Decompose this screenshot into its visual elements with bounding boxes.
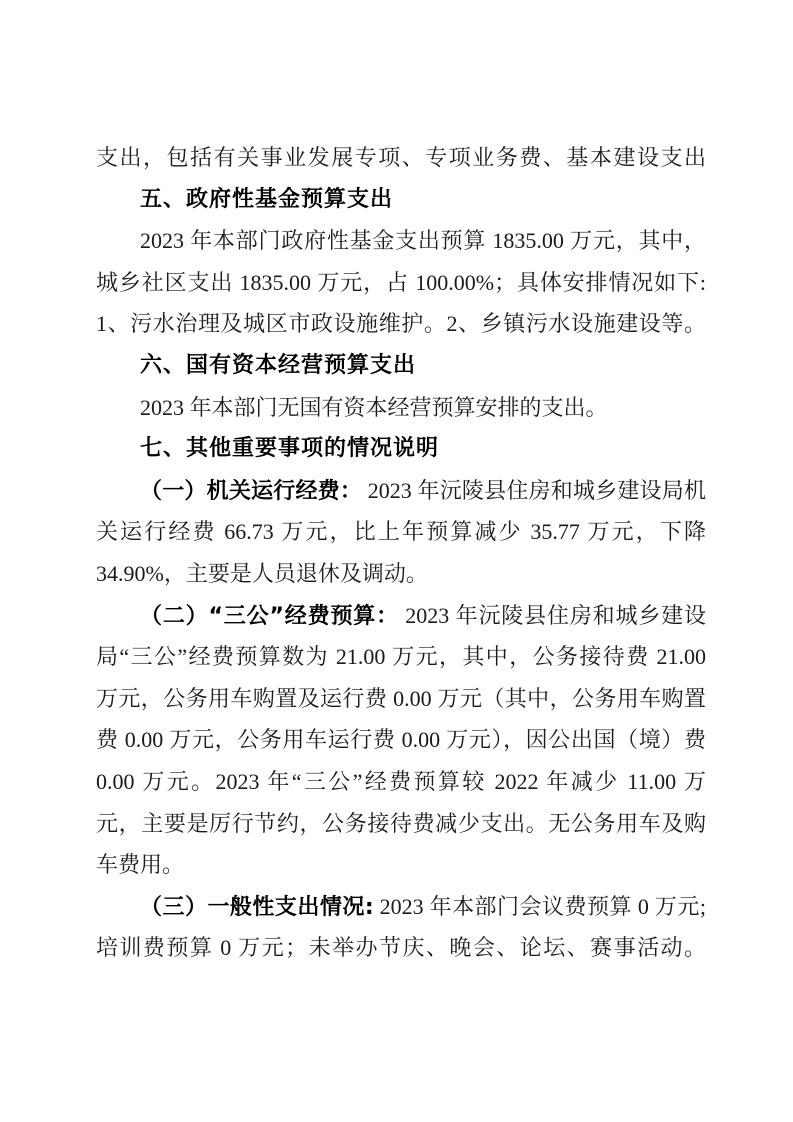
paragraph-line-general-expenditure: （三）一般性支出情况: 2023 年本部门会议费预算 0 万元; bbox=[96, 886, 706, 928]
paragraph-text: 2023 年沅陵县住房和城乡建设 bbox=[405, 603, 706, 628]
paragraph-line: 2023 年本部门政府性基金支出预算 1835.00 万元，其中， bbox=[96, 220, 706, 262]
paragraph-text: 2023 年本部门会议费预算 0 万元; bbox=[380, 894, 706, 919]
paragraph-line: 0.00 万元。2023 年“三公”经费预算较 2022 年减少 11.00 万 bbox=[96, 761, 706, 803]
document-body: 支出，包括有关事业发展专项、专项业务费、基本建设支出等。 五、政府性基金预算支出… bbox=[96, 137, 706, 969]
paragraph-line: 局“三公”经费预算数为 21.00 万元，其中，公务接待费 21.00 bbox=[96, 636, 706, 678]
paragraph-line: 关运行经费 66.73 万元，比上年预算减少 35.77 万元，下降 bbox=[96, 511, 706, 553]
document-page: 支出，包括有关事业发展专项、专项业务费、基本建设支出等。 五、政府性基金预算支出… bbox=[0, 0, 793, 1122]
paragraph-line: 2023 年本部门无国有资本经营预算安排的支出。 bbox=[96, 387, 706, 429]
paragraph-line-agency-operating-costs: （一）机关运行经费： 2023 年沅陵县住房和城乡建设局机 bbox=[96, 470, 706, 512]
heading-section-seven-other-important-items: 七、其他重要事项的情况说明 bbox=[96, 428, 706, 470]
heading-section-six-state-capital-budget: 六、国有资本经营预算支出 bbox=[96, 345, 706, 387]
heading-section-five-government-fund-budget: 五、政府性基金预算支出 bbox=[96, 179, 706, 221]
paragraph-line: 费 0.00 万元，公务用车运行费 0.00 万元），因公出国（境）费 bbox=[96, 719, 706, 761]
paragraph-continuation-line: 支出，包括有关事业发展专项、专项业务费、基本建设支出等。 bbox=[96, 137, 706, 179]
paragraph-line: 1、污水治理及城区市政设施维护。2、乡镇污水设施建设等。 bbox=[96, 303, 706, 345]
bold-lead-item-two: （二）“三公”经费预算： bbox=[140, 604, 399, 629]
bold-lead-item-three: （三）一般性支出情况: bbox=[140, 895, 374, 920]
paragraph-line: 培训费预算 0 万元；未举办节庆、晚会、论坛、赛事活动。 bbox=[96, 927, 706, 969]
paragraph-line: 车费用。 bbox=[96, 844, 706, 886]
paragraph-line: 万元，公务用车购置及运行费 0.00 万元（其中，公务用车购置 bbox=[96, 678, 706, 720]
paragraph-line: 城乡社区支出 1835.00 万元，占 100.00%；具体安排情况如下: bbox=[96, 262, 706, 304]
paragraph-line: 元，主要是厉行节约，公务接待费减少支出。无公务用车及购 bbox=[96, 803, 706, 845]
bold-lead-item-one: （一）机关运行经费： bbox=[140, 479, 362, 504]
paragraph-line-three-public-expenses: （二）“三公”经费预算： 2023 年沅陵县住房和城乡建设 bbox=[96, 595, 706, 637]
paragraph-line: 34.90%，主要是人员退休及调动。 bbox=[96, 553, 706, 595]
paragraph-text: 2023 年沅陵县住房和城乡建设局机 bbox=[368, 478, 706, 503]
